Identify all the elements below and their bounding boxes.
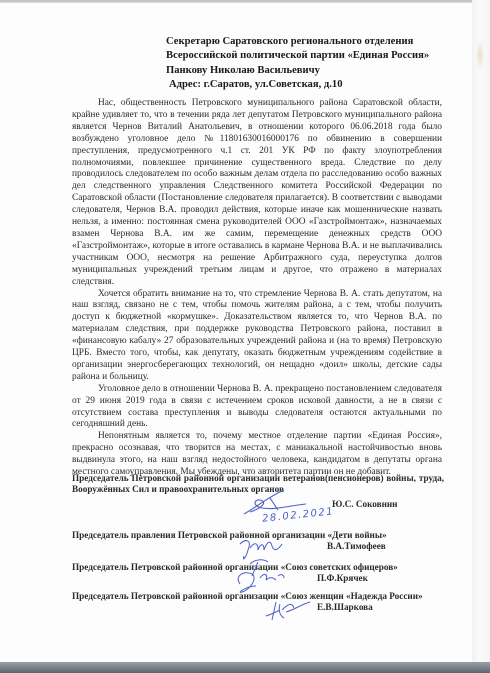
signatory-name: Е.В.Шаркова [72,602,444,613]
scan-right-edge [472,0,490,673]
signature-kryachek [232,556,287,598]
paragraph-3: Уголовное дело в отношении Чернова В. А.… [72,384,442,432]
signature-sokovnin [240,488,310,518]
addressee-name: Панкову Николаю Васильевичу [166,64,466,78]
addressee-line-2: Всероссийской политической партии «Едина… [166,49,466,63]
paragraph-4: Непонятным является то, почему местное о… [72,431,442,479]
paper-stain [476,40,484,70]
signature-sharkova [262,598,312,622]
scan-bottom-edge [0,662,490,673]
letter-body: Нас, общественность Петровского муниципа… [72,98,442,479]
addressee-address: Адрес: г.Саратов, ул.Советская, д.10 [166,78,466,92]
paragraph-1: Нас, общественность Петровского муниципа… [72,98,442,289]
addressee-block: Секретарю Саратовского регионального отд… [166,35,466,93]
paragraph-2: Хочется обратить внимание на то, что стр… [72,289,442,384]
addressee-line-1: Секретарю Саратовского регионального отд… [166,35,466,49]
